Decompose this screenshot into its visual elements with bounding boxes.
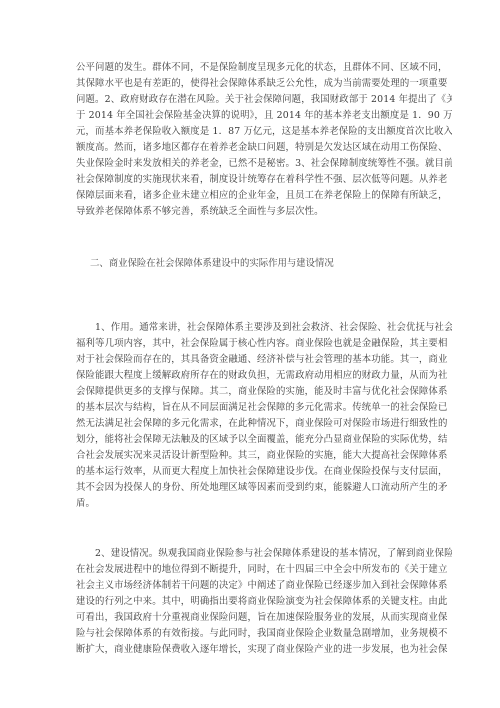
text-line: 社会保障制度的实施现状来看，制度设计统筹存在着科学性不强、层次低等问题。从养老 — [76, 173, 452, 186]
text-line: 失业保险金时来发放相关的养老金，已然不是秘密。3、社会保障制度统筹性不强。就目前 — [76, 157, 452, 170]
text-line: 的基本运行效率，从而更大程度上加快社会保障建设步伐。在商业保险投保与支付层面， — [76, 465, 452, 478]
text-line: 会保障提供更多的支撑与保障。其二，商业保险的实施，能及时丰富与优化社会保障体系 — [76, 385, 452, 398]
text-line: 保险能跟大程度上缓解政府所存在的财政负担，无需政府动用相应的财政力量，从而为社 — [76, 369, 452, 382]
text-line: 其不会因为投保人的身份、所处地理区域等因素而受到约束，能躲避人口流动所产生的矛 — [76, 481, 452, 494]
text-line: 其保障水平也是有差距的，使得社会保障体系缺乏公允性，成为当前需要处理的一项重要 — [76, 77, 452, 90]
text-line: 建设的行列之中来。其中，明确指出要将商业保险演变为社会保障体系的关键支柱。由此 — [76, 595, 452, 608]
section-heading: 二、商业保险在社会保障体系建设中的实际作用与建设情况 — [90, 257, 334, 270]
document-page: 公平问题的发生。群体不同，不是保险制度呈现多元化的状态，且群体不同、区域不同， … — [0, 0, 500, 708]
text-line: 划分，能将社会保障无法触及的区域予以全面覆盖，能充分凸显商业保险的实际优势，结 — [76, 433, 452, 446]
text-line: 福利等几项内容，其中，社会保险属于核心性内容。商业保险也就是金融保险，其主要相 — [76, 337, 452, 350]
text-line: 2、建设情况。纵观我国商业保险参与社会保障体系建设的基本情况，了解到商业保险 — [76, 547, 452, 560]
text-line: 导致养老保障体系不够完善，系统缺乏全面性与多层次性。 — [76, 205, 452, 218]
text-line: 盾。 — [76, 497, 452, 510]
text-line: 1、作用。通常来讲，社会保障体系主要涉及到社会救济、社会保险、社会优抚与社会 — [76, 321, 452, 334]
text-line: 然无法满足社会保障的多元化需求，在此种情况下，商业保险可对保险市场进行细致性的 — [76, 417, 452, 430]
text-line: 合社会发展实况来灵活设计新型险种。其三，商业保险的实施，能大大提高社会保障体系 — [76, 449, 452, 462]
text-line: 问题。2、政府财政存在潜在风险。关于社会保障问题，我国财政部于 2014 年提出… — [76, 93, 452, 106]
text-line: 公平问题的发生。群体不同，不是保险制度呈现多元化的状态，且群体不同、区域不同， — [76, 61, 452, 74]
text-line: 的基本层次与结构，旨在从不同层面满足社会保障的多元化需求。传统单一的社会保险已 — [76, 401, 452, 414]
text-line: 可看出，我国政府十分重视商业保险问题，旨在加速保险服务业的发展，从而实现商业保 — [76, 611, 452, 624]
text-line: 于 2014 年全国社会保险基金决算的说明》，且 2014 年的基本养老支出额度… — [76, 109, 452, 122]
text-line: 保障层面来看，诸多企业未建立相应的企业年金，且员工在养老保险上的保障有所缺乏， — [76, 189, 452, 202]
text-line: 对于社会保险而存在的，其具备资金融通、经济补偿与社会管理的基本功能。其一，商业 — [76, 353, 452, 366]
text-line: 社会主义市场经济体制若干问题的决定》中阐述了商业保险已经逐步加入到社会保障体系 — [76, 579, 452, 592]
text-line: 在社会发展进程中的地位得到不断提升，同时，在十四届三中全会中所发布的《关于建立 — [76, 563, 452, 576]
text-line: 额度高。然而，诸多地区都存在着养老金缺口问题，特别是欠发达区域在动用工伤保险、 — [76, 141, 452, 154]
text-line: 元，而基本养老保险收入额度是 1．87 万亿元，这是基本养老保险的支出额度首次比… — [76, 125, 452, 138]
text-line: 断扩大，商业健康险保费收入逐年增长，实现了商业保险产业的进一步发展，也为社会保 — [76, 643, 452, 656]
text-line: 险与社会保障体系的有效衔接。与此同时，我国商业保险企业数量急剧增加，业务规模不 — [76, 627, 452, 640]
